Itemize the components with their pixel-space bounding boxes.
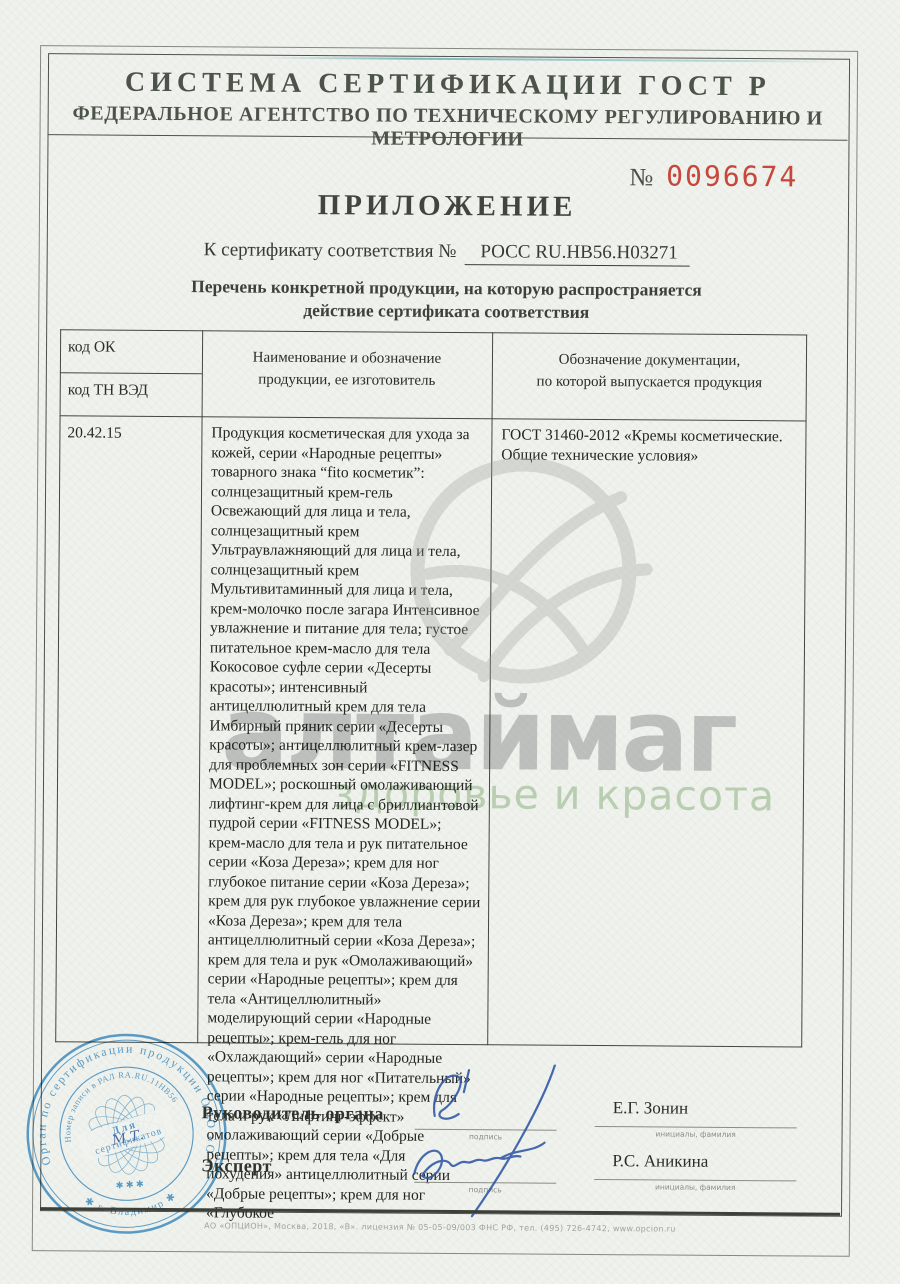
page-title: ПРИЛОЖЕНИЕ [47, 187, 847, 226]
stamp-inner-stars: ✱ ✱ ✱ [115, 1180, 144, 1192]
stamp-ring-text-bottom: ✱ г. Владимир ✱ [82, 1190, 180, 1221]
number-sign: № [629, 164, 653, 192]
table-row-code: 20.42.15 [67, 424, 121, 442]
products-table: код ОК код ТН ВЭД Наименование и обознач… [55, 329, 807, 1047]
column-header-documentation: Обозначение документации, по которой вып… [492, 349, 807, 395]
certificate-reference-label: К сертификату соответствия № [204, 239, 457, 262]
name-caption: инициалы, фамилия [594, 1182, 796, 1192]
column-header-product: Наименование и обозначение продукции, ее… [202, 347, 492, 393]
table-column-divider [487, 332, 493, 1045]
column-header-tnved-code: код ТН ВЭД [68, 381, 148, 400]
scanned-page: СИСТЕМА СЕРТИФИКАЦИИ ГОСТ Р ФЕДЕРАЛЬНОЕ … [0, 0, 900, 1284]
handwritten-signatures [386, 1064, 577, 1220]
expert-name: Р.С. Аникина [612, 1151, 708, 1172]
head-name: Е.Г. Зонин [613, 1098, 688, 1119]
column-header-ok-code: код ОК [68, 338, 115, 356]
table-code-cell-divider [60, 372, 202, 374]
name-caption: инициалы, фамилия [595, 1129, 797, 1139]
agency-title: ФЕДЕРАЛЬНОЕ АГЕНТСТВО ПО ТЕХНИЧЕСКОМУ РЕ… [47, 102, 847, 154]
table-row-doc-text: ГОСТ 31460-2012 «Кремы косметические. Об… [501, 425, 799, 466]
header-box: СИСТЕМА СЕРТИФИКАЦИИ ГОСТ Р ФЕДЕРАЛЬНОЕ … [48, 53, 849, 141]
certification-system-title: СИСТЕМА СЕРТИФИКАЦИИ ГОСТ Р [48, 66, 848, 104]
certification-stamp: Орган по сертификации продукции ООО «Ори… [16, 1023, 237, 1244]
table-header-divider [60, 415, 807, 422]
form-number-value: 0096674 [666, 159, 798, 193]
certificate-number: РОСС RU.НВ56.Н03271 [464, 241, 690, 267]
svg-text:✱ г. Владимир ✱: ✱ г. Владимир ✱ [82, 1190, 180, 1221]
role-label-head: Руководитель органа [202, 1102, 384, 1124]
form-number: № 0096674 [603, 159, 798, 193]
role-label-expert: Эксперт [201, 1155, 272, 1176]
table-column-divider [197, 330, 203, 1043]
certificate-document: СИСТЕМА СЕРТИФИКАЦИИ ГОСТ Р ФЕДЕРАЛЬНОЕ … [0, 0, 900, 1284]
